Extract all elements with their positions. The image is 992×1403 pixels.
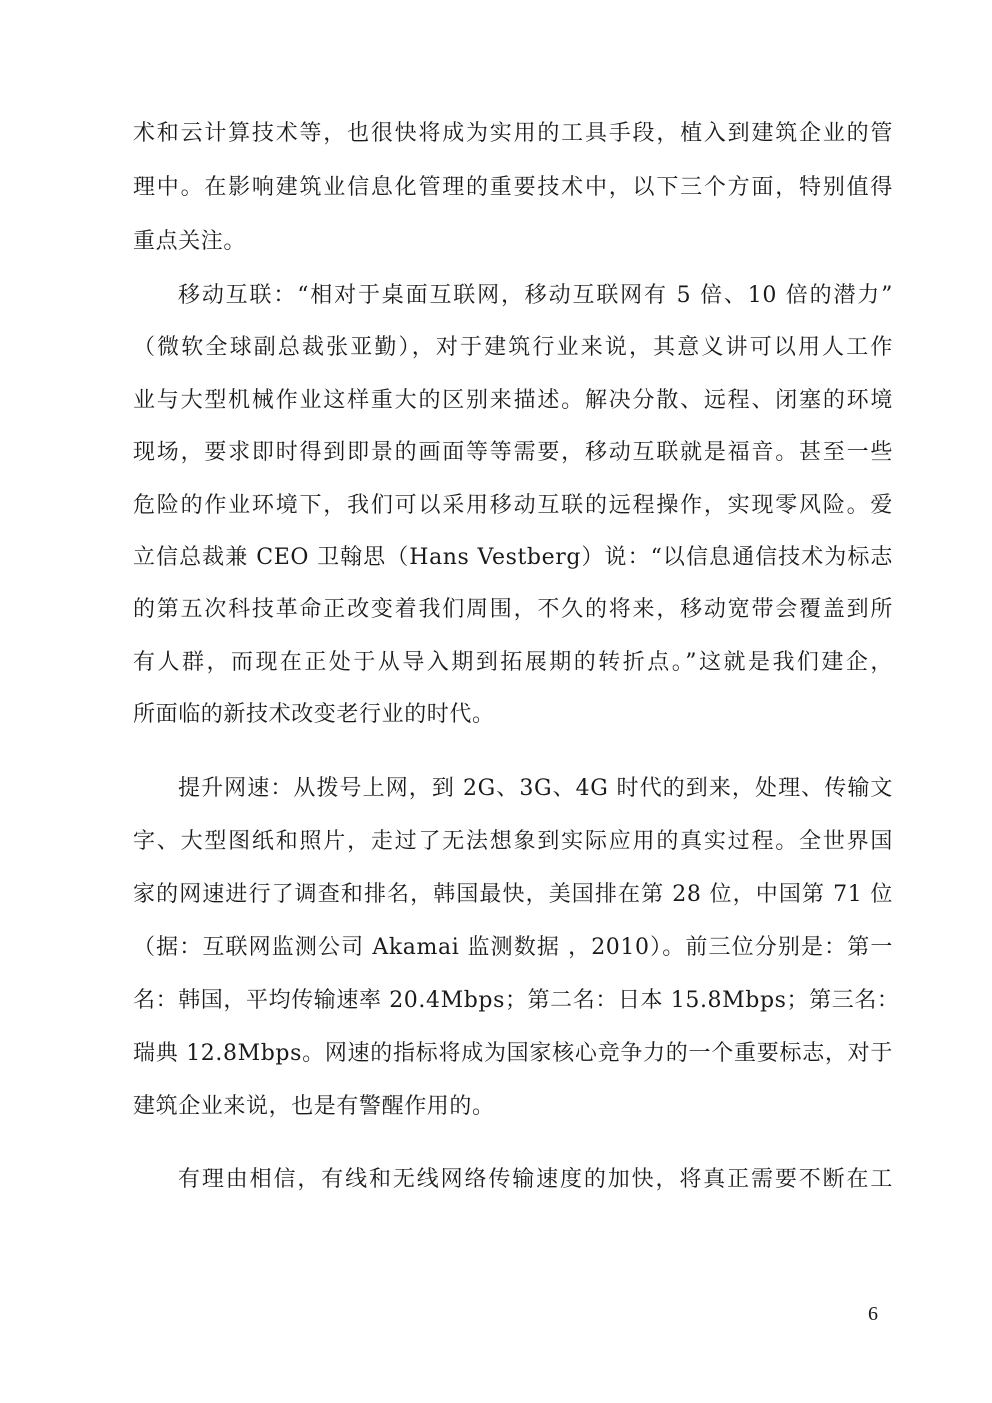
page-number: 6 [868, 1300, 878, 1328]
text-line: 重点关注。 [133, 227, 893, 257]
text-line: 有理由相信，有线和无线网络传输速度的加快，将真正需要不断在工 [178, 1165, 893, 1195]
text-line: （据：互联网监测公司 Akamai 监测数据 ，2010）。前三位分别是：第一 [133, 933, 893, 963]
text-line: 有人群，而现在正处于从导入期到拓展期的转折点。”这就是我们建企， [133, 648, 893, 678]
document-page: 术和云计算技术等，也很快将成为实用的工具手段，植入到建筑企业的管 理中。在影响建… [0, 0, 992, 1403]
text-line: 瑞典 12.8Mbps。网速的指标将成为国家核心竞争力的一个重要标志，对于 [133, 1039, 893, 1069]
text-line: （微软全球副总裁张亚勤），对于建筑行业来说，其意义讲可以用人工作 [133, 333, 893, 363]
text-line: 危险的作业环境下，我们可以采用移动互联的远程操作，实现零风险。爱 [133, 491, 893, 521]
paragraph-heading-line: 移动互联：“相对于桌面互联网，移动互联网有 5 倍、10 倍的潜力” [178, 281, 893, 311]
text-line: 立信总裁兼 CEO 卫翰思（Hans Vestberg）说：“以信息通信技术为标… [133, 543, 893, 573]
text-line: 字、大型图纸和照片，走过了无法想象到实际应用的真实过程。全世界国 [133, 827, 893, 857]
text-line: 建筑企业来说，也是有警醒作用的。 [133, 1092, 893, 1122]
text-line: 术和云计算技术等，也很快将成为实用的工具手段，植入到建筑企业的管 [133, 119, 893, 149]
text-line: 理中。在影响建筑业信息化管理的重要技术中，以下三个方面，特别值得 [133, 173, 893, 203]
paragraph-heading-line: 提升网速：从拨号上网，到 2G、3G、4G 时代的到来，处理、传输文 [178, 774, 893, 804]
text-line: 的第五次科技革命正改变着我们周围，不久的将来，移动宽带会覆盖到所 [133, 595, 893, 625]
text-line: 家的网速进行了调查和排名，韩国最快，美国排在第 28 位，中国第 71 位 [133, 880, 893, 910]
text-line: 业与大型机械作业这样重大的区别来描述。解决分散、远程、闭塞的环境 [133, 386, 893, 416]
text-line: 名：韩国，平均传输速率 20.4Mbps；第二名：日本 15.8Mbps；第三名… [133, 986, 893, 1016]
text-line: 现场，要求即时得到即景的画面等等需要，移动互联就是福音。甚至一些 [133, 438, 893, 468]
text-line: 所面临的新技术改变老行业的时代。 [133, 700, 893, 730]
